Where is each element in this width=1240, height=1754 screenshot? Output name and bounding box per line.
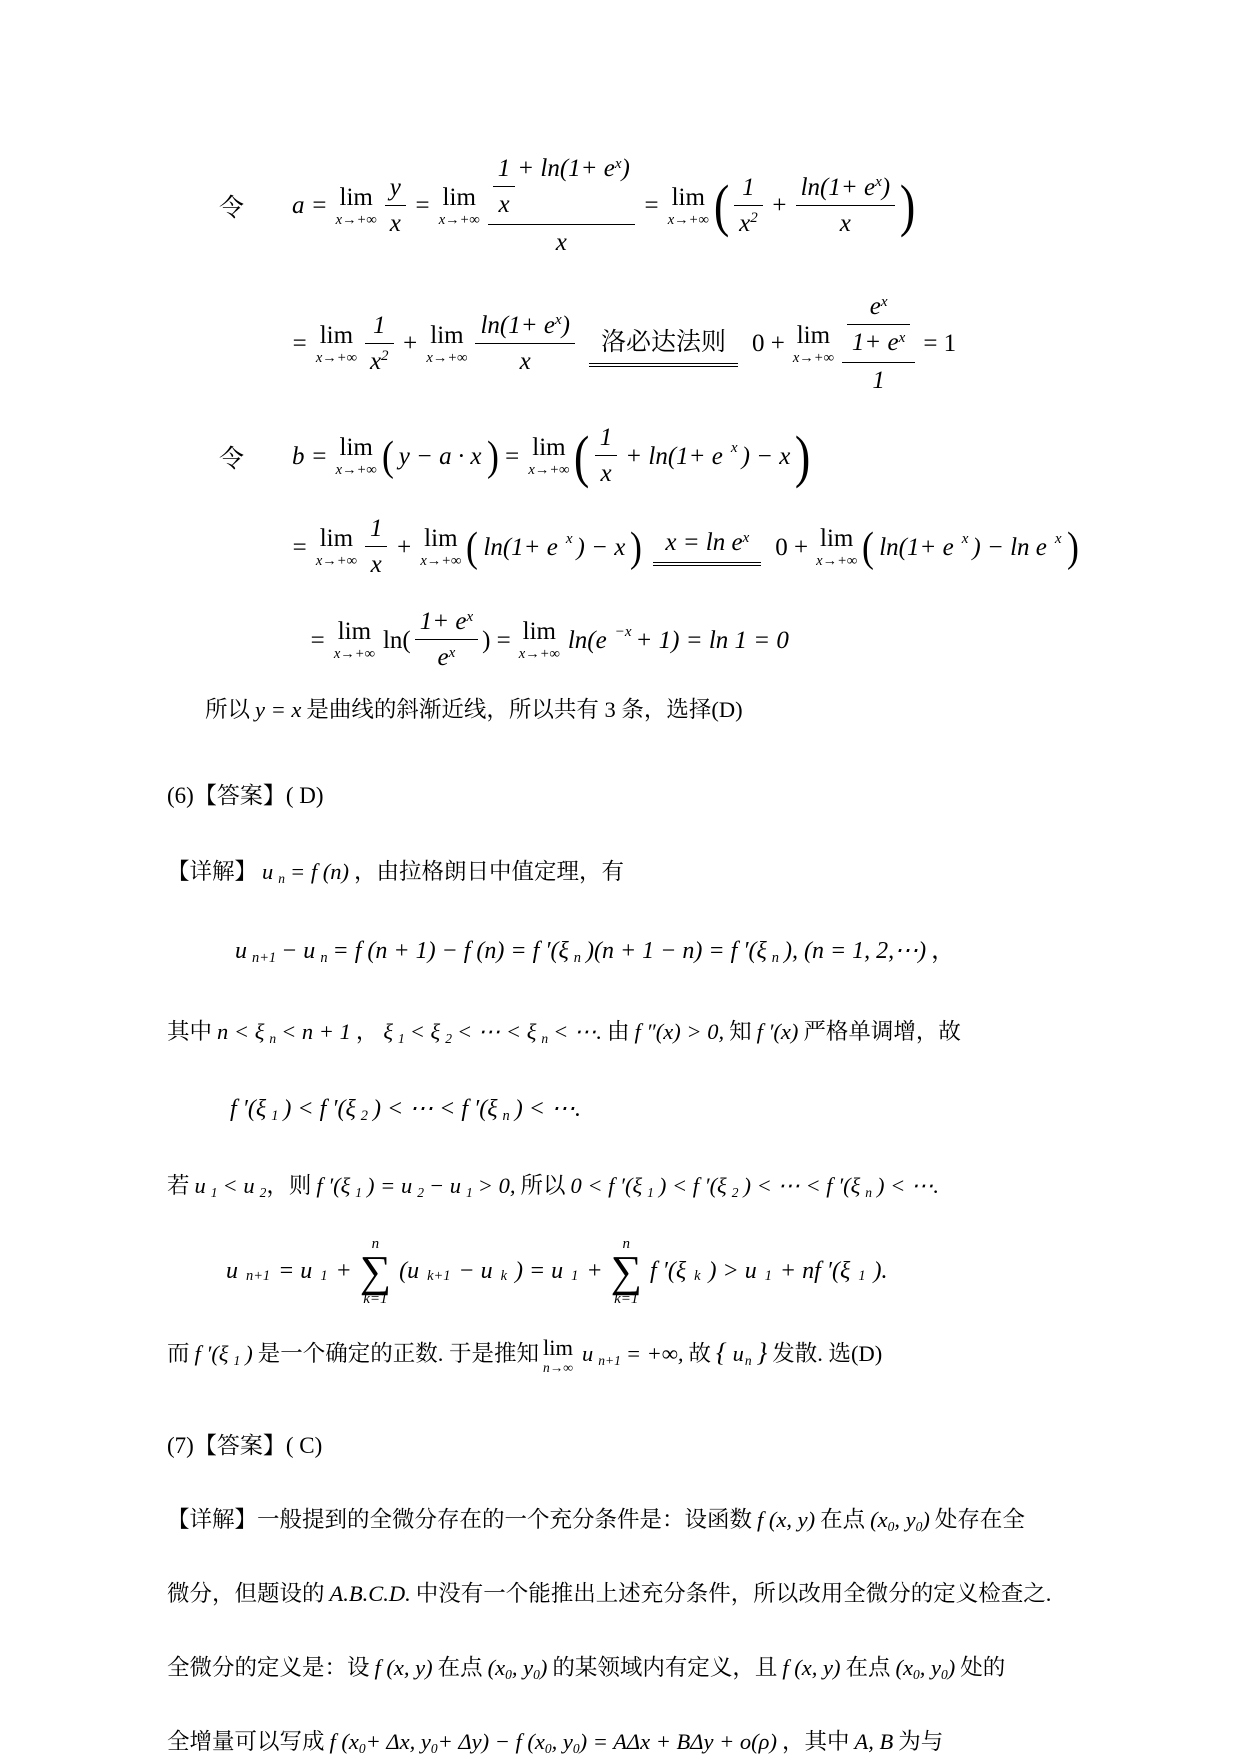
math-token: + ln(1+ e [517, 154, 615, 184]
text: 全微分的定义是：设 [167, 1655, 370, 1680]
math-token: ) < ⋯ < f ′(ξ [373, 1096, 498, 1122]
plus: + [771, 192, 788, 220]
math-token: b = [292, 443, 328, 471]
numerator: e [870, 292, 881, 322]
lim-word: lim [672, 185, 705, 210]
lim-subscript: x→+∞ [668, 213, 709, 228]
lim-subscript: x→+∞ [793, 351, 834, 366]
fraction: ex 1+ ex 1 [842, 290, 915, 398]
text: ，则 [266, 1173, 311, 1198]
text: 【详解】一般提到的全微分存在的一个充分条件是：设函数 [167, 1507, 752, 1532]
math-token: ) < f ′(ξ [659, 1173, 727, 1198]
text: 中没有一个能推出上述充分条件，所以改用全微分的定义检查之. [416, 1581, 1052, 1606]
answer-text: (7)【答案】( C) [167, 1433, 322, 1458]
limit-operator: lim x→+∞ [668, 185, 709, 228]
subscript: n [503, 1108, 510, 1124]
question-7-answer: (7)【答案】( C) [167, 1429, 1120, 1464]
math-token: + Δx, y [366, 1729, 431, 1754]
math-token: ) > u [709, 1258, 757, 1285]
math-token: (u [399, 1258, 419, 1285]
math-token: ln(1+ e [879, 534, 954, 562]
subscript: 1 [398, 1031, 405, 1046]
subscript: 0 [913, 1667, 920, 1682]
plus: + [586, 1258, 602, 1285]
equals: = [309, 627, 326, 655]
q6-equation-1: un+1− un= f (n + 1) − f (n) = f ′(ξn)(n … [230, 933, 1120, 969]
subscript: 2 [417, 1185, 424, 1200]
math-token: u [582, 1341, 593, 1366]
left-brace: { [716, 1337, 727, 1367]
subscript: 1 [233, 1353, 240, 1368]
math-token: + Δy) − f (x [438, 1729, 545, 1754]
numerator: 1 [498, 154, 511, 184]
math-token: ), (n = 1, 2,⋯) [784, 938, 926, 964]
fraction: 1+ ex ex [415, 606, 478, 675]
math-token: u [733, 1341, 744, 1366]
sum-lower-limit: k=1 [363, 1292, 387, 1307]
lim-subscript: x→+∞ [528, 463, 569, 478]
paren: ) [622, 154, 630, 184]
lim-word: lim [532, 435, 565, 460]
sum-lower-limit: k=1 [614, 1292, 638, 1307]
text: 所以 [520, 1173, 565, 1198]
math-token: f ″(x) > 0, [635, 1019, 725, 1044]
subscript: 0 [431, 1741, 438, 1754]
lim-word: lim [424, 526, 457, 551]
right-brace: } [757, 1337, 768, 1367]
subscript: 0 [359, 1741, 366, 1754]
math-token: ) [948, 1655, 956, 1680]
limit-operator: lim x→+∞ [334, 619, 375, 662]
q6-line-3: 若u1< u2，则f ′(ξ1) = u2− u1> 0,所以0 < f ′(ξ… [167, 1169, 1120, 1203]
math-token: < ⋯. [553, 1019, 602, 1044]
lim-subscript: x→+∞ [316, 351, 357, 366]
lim-word: lim [320, 323, 353, 348]
math-token: < ⋯ < ξ [457, 1019, 536, 1044]
math-token: ). [874, 1258, 888, 1285]
limit-operator: lim x→+∞ [316, 323, 357, 366]
numerator: ln(1+ e [801, 173, 876, 203]
lim-word: lim [443, 185, 476, 210]
subscript: 0 [916, 1519, 923, 1534]
superscript: x [743, 530, 750, 546]
lim-subscript: x→+∞ [426, 351, 467, 366]
q6-equation-2: f ′(ξ1) < f ′(ξ2) < ⋯ < f ′(ξn) < ⋯. [225, 1091, 1120, 1127]
fraction: 1 x + ln(1+ ex) x [488, 152, 635, 260]
math-token: = f (n) [290, 859, 349, 884]
q7-line-1: 【详解】一般提到的全微分存在的一个充分条件是：设函数f (x, y)在点(x0,… [167, 1503, 1120, 1537]
math-token: > 0, [478, 1173, 516, 1198]
math-token: ln(1+ e [483, 534, 558, 562]
text: 在点 [820, 1507, 865, 1532]
paren: ) [882, 173, 890, 203]
math-token: n < ξ [217, 1019, 264, 1044]
math-token: ) = AΔx + BΔy + o(ρ) [580, 1729, 777, 1754]
fraction: 1 x [595, 422, 618, 491]
subscript: 0 [888, 1519, 895, 1534]
lim-word: lim [430, 323, 463, 348]
math-token: , y [894, 1507, 915, 1532]
fraction: 1 x2 [734, 172, 763, 241]
subscript: 1 [647, 1185, 654, 1200]
lim-word: lim [320, 526, 353, 551]
limit-operator: lim x→+∞ [793, 323, 834, 366]
q6-line-4: 而f ′(ξ1)是一个确定的正数. 于是推知limn→∞un+1= +∞,故{u… [167, 1333, 1120, 1375]
lim-subscript: x→+∞ [336, 213, 377, 228]
subscript: n [745, 1353, 752, 1368]
text: 是曲线的斜渐近线，所以共有 3 条，选择(D) [306, 697, 742, 722]
lim-subscript: x→+∞ [439, 213, 480, 228]
lim-subscript: x→+∞ [519, 647, 560, 662]
text: ， [931, 938, 955, 964]
text: 处的 [960, 1655, 1005, 1680]
limit-operator: lim x→+∞ [336, 435, 377, 478]
lim-subscript: x→+∞ [316, 554, 357, 569]
q6-explain-line: 【详解】un= f (n)，由拉格朗日中值定理，有 [167, 855, 1120, 889]
math-token: (x [488, 1655, 505, 1680]
text: 的某领域内有定义，且 [552, 1655, 777, 1680]
math-token: < u [223, 1173, 255, 1198]
subscript: n [278, 871, 285, 886]
math-token: f ′(ξ [650, 1258, 686, 1285]
plus: + [336, 1258, 352, 1285]
text: 在点 [438, 1655, 483, 1680]
lim-subscript: x→+∞ [336, 463, 377, 478]
answer-text: (6)【答案】( D) [167, 783, 324, 808]
denominator: x [498, 190, 509, 220]
equals: = [504, 443, 521, 471]
equation-line-a4: = lim x→+∞ 1 x + lim x→+∞ ( ln(1+ ex) − … [287, 513, 1120, 582]
numerator: 1 [742, 173, 755, 203]
denominator: 1+ e [852, 328, 899, 358]
denominator: x [390, 209, 401, 239]
math-token: , y [512, 1655, 533, 1680]
limit-operator: lim x→+∞ [519, 619, 560, 662]
equation-line-a2: = lim x→+∞ 1 x2 + lim x→+∞ ln(1+ ex) x 洛… [287, 290, 1120, 398]
lim-word: lim [338, 619, 371, 644]
subscript: 2 [361, 1108, 368, 1124]
math-token: ) − x [577, 534, 626, 562]
lim-word: lim [543, 1337, 573, 1360]
math-token: ) = u [515, 1258, 563, 1285]
text: 发散. 选(D) [772, 1341, 882, 1366]
sigma-icon: ∑ [611, 1252, 642, 1292]
denominator: x [739, 209, 750, 239]
paren: ) [562, 311, 570, 341]
math-token: < ξ [410, 1019, 440, 1044]
lim-word: lim [340, 435, 373, 460]
math-token: ) = u [367, 1173, 412, 1198]
math-token: ln( [383, 627, 411, 655]
subscript: 0 [505, 1667, 512, 1682]
numerator: ln(1+ e [480, 311, 555, 341]
text: 若 [167, 1173, 190, 1198]
math-token: y = x [255, 697, 301, 722]
math-token: ) < f ′(ξ [283, 1096, 355, 1122]
math-token: A, B [854, 1729, 893, 1754]
subscript: 0 [573, 1741, 580, 1754]
math-token: f (x, y) [757, 1507, 815, 1532]
equation-line-a5: = lim x→+∞ ln( 1+ ex ex ) = lim x→+∞ ln(… [305, 606, 1120, 675]
text: 由 [607, 1019, 630, 1044]
plus: + [402, 330, 419, 358]
denominator: x [370, 347, 381, 377]
numerator: y [390, 173, 401, 203]
text: 为与 [898, 1729, 943, 1754]
limit-operator: limn→∞ [543, 1337, 573, 1375]
math-token: ) = [482, 627, 511, 655]
math-token: ) < ⋯. [877, 1173, 939, 1198]
math-token: ) [540, 1655, 548, 1680]
fraction: y x [385, 172, 406, 241]
math-token: = u [278, 1258, 312, 1285]
q7-line-4: 全增量可以写成f (x0+ Δx, y0+ Δy) − f (x0, y0) =… [167, 1725, 1120, 1754]
math-token: f (x, y) [782, 1655, 840, 1680]
annotation-text: x = ln e [665, 529, 742, 556]
fraction: 1 x2 [365, 310, 394, 379]
numerator: 1 [600, 423, 613, 453]
math-token: f (x [330, 1729, 359, 1754]
math-token: ) [922, 1507, 930, 1532]
limit-operator: lim x→+∞ [420, 526, 461, 569]
limit-operator: lim x→+∞ [426, 323, 467, 366]
subscript: 1 [355, 1185, 362, 1200]
subscript: n+1 [252, 950, 276, 966]
math-token: = f (n + 1) − f (n) = f ′(ξ [333, 938, 569, 964]
subscript: 0 [941, 1667, 948, 1682]
sum-operator: n ∑ k=1 [360, 1237, 391, 1307]
subscript: 0 [533, 1667, 540, 1682]
conclusion-line: 所以y = x是曲线的斜渐近线，所以共有 3 条，选择(D) [205, 693, 1120, 727]
lim-subscript: x→+∞ [334, 647, 375, 662]
math-token: a = [292, 192, 328, 220]
math-token: − u [429, 1173, 461, 1198]
lim-subscript: n→∞ [543, 1361, 573, 1375]
lead-ling: 令 [219, 439, 244, 475]
numerator: 1 [373, 311, 386, 341]
math-token: 0 + [775, 534, 808, 562]
fraction: 1 x [365, 513, 388, 582]
math-token: u [262, 859, 273, 884]
math-token: , y [920, 1655, 941, 1680]
subscript: 0 [545, 1741, 552, 1754]
lim-word: lim [523, 619, 556, 644]
limit-operator: lim x→+∞ [316, 526, 357, 569]
nested-fraction: ex 1+ ex [847, 291, 910, 360]
equals: = [643, 192, 660, 220]
document-page: 令 a = lim x→+∞ y x = lim x→+∞ 1 x + ln(1… [0, 0, 1240, 1754]
subscript: n [865, 1185, 872, 1200]
math-token: 0 < f ′(ξ [570, 1173, 642, 1198]
math-token: ) [245, 1341, 253, 1366]
math-token: − u [281, 938, 315, 964]
nested-fraction: 1 x [493, 153, 516, 222]
text: 是一个确定的正数. 于是推知 [258, 1341, 539, 1366]
subscript: 2 [445, 1031, 452, 1046]
math-token: ) < ⋯. [515, 1096, 581, 1122]
subscript: n [320, 950, 327, 966]
q7-line-3: 全微分的定义是：设f (x, y)在点(x0, y0)的某领域内有定义，且f (… [167, 1651, 1120, 1685]
denominator: x [600, 459, 611, 489]
math-token: f ′(ξ [195, 1341, 229, 1366]
lim-word: lim [820, 526, 853, 551]
math-token: )(n + 1 − n) = f ′(ξ [586, 938, 767, 964]
math-token: ) − x [742, 443, 791, 471]
lim-word: lim [340, 185, 373, 210]
q6-equation-3: un+1 = u1 + n ∑ k=1 (uk+1 − uk ) = u1 + … [222, 1237, 1120, 1307]
fraction: ln(1+ ex) x [475, 310, 575, 379]
lim-subscript: x→+∞ [420, 554, 461, 569]
limit-operator: lim x→+∞ [528, 435, 569, 478]
math-token: f ′(ξ [316, 1173, 350, 1198]
numerator: 1 [370, 514, 383, 544]
math-token: ξ [383, 1019, 393, 1044]
math-token: < n + 1 [281, 1019, 351, 1044]
math-token: , y [552, 1729, 573, 1754]
math-token: f ′(x) [757, 1019, 799, 1044]
text: ， [356, 1019, 379, 1044]
math-token: (x [895, 1655, 912, 1680]
math-token: u [235, 938, 247, 964]
equals: = [414, 192, 431, 220]
math-token: + ln(1+ e [625, 443, 723, 471]
lim-subscript: x→+∞ [816, 554, 857, 569]
lhopital-annotation: 洛必达法则 [589, 322, 738, 367]
math-token: ln(e [568, 627, 607, 655]
equation-line-a1: 令 a = lim x→+∞ y x = lim x→+∞ 1 x + ln(1… [215, 152, 1120, 260]
denominator: x [840, 209, 851, 239]
text: 而 [167, 1341, 190, 1366]
subscript: 2 [732, 1185, 739, 1200]
plus: + [395, 534, 412, 562]
limit-operator: lim x→+∞ [336, 185, 377, 228]
math-token: + nf ′(ξ [780, 1258, 850, 1285]
math-token: A.B.C.D. [330, 1581, 411, 1606]
math-token: (x [870, 1507, 887, 1532]
subscript: 1 [211, 1185, 218, 1200]
q6-line-2: 其中n < ξn< n + 1，ξ1< ξ2< ⋯ < ξn< ⋯.由f ″(x… [167, 1015, 1120, 1049]
q7-line-2: 微分，但题设的A.B.C.D.中没有一个能推出上述充分条件，所以改用全微分的定义… [167, 1577, 1120, 1611]
math-token: 0 + [752, 330, 785, 358]
limit-operator: lim x→+∞ [439, 185, 480, 228]
subscript: 2 [260, 1185, 267, 1200]
subscript: 1 [271, 1108, 278, 1124]
math-token: y − a · x [399, 443, 482, 471]
math-token: = 1 [923, 330, 956, 358]
equals: = [291, 330, 308, 358]
subscript: n+1 [598, 1353, 621, 1368]
subscript: n [574, 950, 581, 966]
equation-line-a3: 令 b = lim x→+∞ ( y − a · x ) = lim x→+∞ … [215, 422, 1120, 491]
math-token: + 1) = ln 1 = 0 [636, 627, 789, 655]
sigma-icon: ∑ [360, 1252, 391, 1292]
denominator: x [371, 550, 382, 580]
denominator: e [438, 643, 449, 673]
math-token: u [195, 1173, 206, 1198]
subscript: n [541, 1031, 548, 1046]
text: 在点 [845, 1655, 890, 1680]
text: 其中 [167, 1019, 212, 1044]
sum-operator: n ∑ k=1 [611, 1237, 642, 1307]
text: 故 [689, 1341, 712, 1366]
fraction: ln(1+ ex) x [796, 172, 896, 241]
denominator: 1 [872, 366, 885, 396]
text: ，其中 [782, 1729, 850, 1754]
text: 所以 [205, 697, 250, 722]
lim-word: lim [797, 323, 830, 348]
text: 严格单调增，故 [803, 1019, 961, 1044]
math-token: f ′(ξ [230, 1096, 266, 1122]
lead-ling: 令 [219, 188, 244, 224]
subscript: n [772, 950, 779, 966]
subscript: 1 [466, 1185, 473, 1200]
numerator: 1+ e [420, 607, 467, 637]
text: 【详解】 [167, 859, 257, 884]
text: ，由拉格朗日中值定理，有 [354, 859, 624, 884]
limit-operator: lim x→+∞ [816, 526, 857, 569]
substitution-annotation: x = ln ex [653, 529, 761, 566]
denominator: x [556, 228, 567, 258]
math-token: f (x, y) [375, 1655, 433, 1680]
text: 处存在全 [935, 1507, 1025, 1532]
denominator: x [520, 347, 531, 377]
math-token: ) − ln e [972, 534, 1047, 562]
math-token: u [226, 1258, 238, 1285]
math-token: − u [458, 1258, 492, 1285]
math-token: = +∞, [626, 1341, 684, 1366]
text: 微分，但题设的 [167, 1581, 325, 1606]
subscript: n [269, 1031, 276, 1046]
text: 知 [729, 1019, 752, 1044]
annotation-text: 洛必达法则 [601, 329, 726, 356]
equals: = [291, 534, 308, 562]
question-6-answer: (6)【答案】( D) [167, 779, 1120, 814]
math-token: ) < ⋯ < f ′(ξ [743, 1173, 860, 1198]
text: 全增量可以写成 [167, 1729, 325, 1754]
